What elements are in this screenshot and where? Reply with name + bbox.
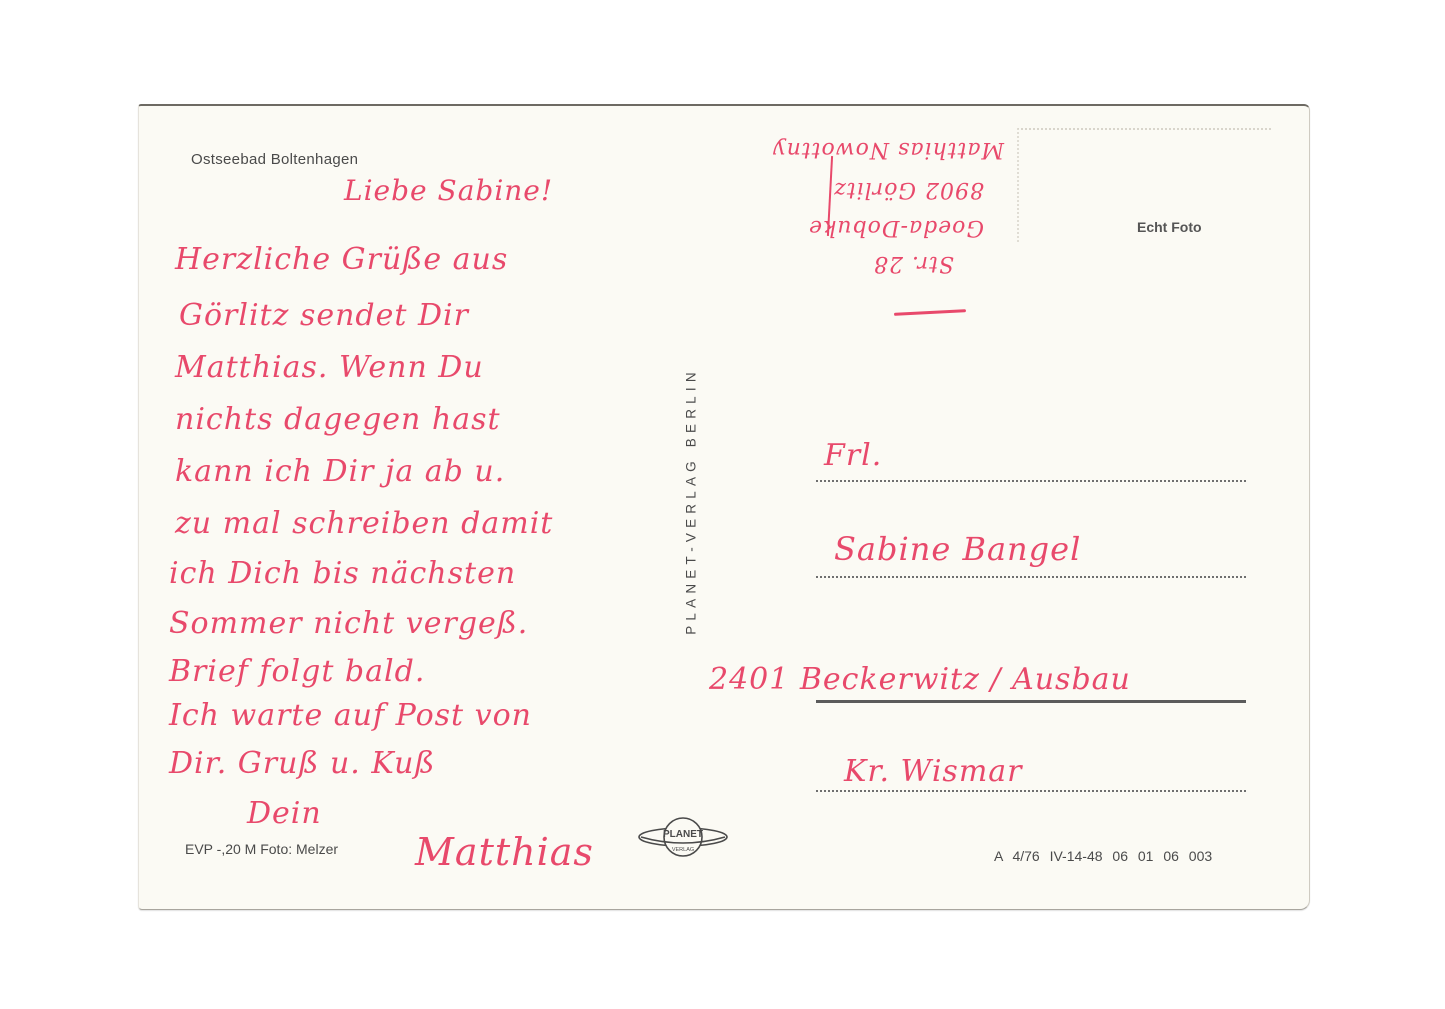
address-dotted-line [816, 480, 1246, 482]
closing: Dein [247, 796, 322, 831]
address-dotted-line [816, 790, 1246, 792]
message-line: Dir. Gruß u. Kuß [169, 746, 435, 781]
message-line: Ich warte auf Post von [169, 698, 532, 733]
recipient-line: Frl. [824, 438, 882, 473]
salutation: Liebe Sabine! [344, 174, 553, 207]
svg-text:PLANET: PLANET [663, 829, 703, 840]
postcard-back: Ostseebad Boltenhagen Echt Foto Matthias… [138, 104, 1310, 910]
address-solid-line [816, 700, 1246, 703]
ink-dash [894, 309, 966, 316]
return-address-line: Goeda-Dobuke [808, 215, 984, 240]
return-address-upside-down: Matthias Nowottny 8902 Görlitz Goeda-Dob… [714, 112, 1014, 282]
recipient-line: Sabine Bangel [834, 530, 1081, 568]
planet-verlag-logo-icon: PLANET VERLAG [636, 813, 730, 861]
message-line: Herzliche Grüße aus [175, 242, 508, 277]
message-line: Brief folgt bald. [169, 654, 425, 689]
price-photo-credit: EVP -,20 M Foto: Melzer [185, 841, 338, 857]
message-line: kann ich Dir ja ab u. [175, 454, 505, 489]
catalog-codes: A 4/76 IV-14-48 06 01 06 003 [994, 848, 1212, 864]
recipient-line: Kr. Wismar [844, 754, 1023, 789]
message-line: zu mal schreiben damit [175, 506, 553, 541]
return-address-line: Matthias Nowottny [772, 137, 1004, 162]
publisher-vertical-text: PLANET-VERLAG BERLIN [679, 286, 703, 716]
recipient-line: 2401 Beckerwitz / Ausbau [709, 662, 1131, 697]
return-address-line: 8902 Görlitz [833, 177, 984, 202]
return-address-line: Str. 28 [873, 251, 954, 276]
svg-text:VERLAG: VERLAG [672, 847, 694, 853]
location-title: Ostseebad Boltenhagen [191, 151, 358, 168]
message-line: nichts dagegen hast [175, 402, 501, 437]
signature: Matthias [415, 830, 594, 874]
message-line: ich Dich bis nächsten [169, 556, 516, 591]
message-line: Görlitz sendet Dir [179, 298, 469, 333]
message-line: Sommer nicht vergeß. [169, 606, 528, 641]
address-dotted-line [816, 576, 1246, 578]
message-line: Matthias. Wenn Du [175, 350, 484, 385]
echt-foto-label: Echt Foto [1137, 219, 1202, 235]
